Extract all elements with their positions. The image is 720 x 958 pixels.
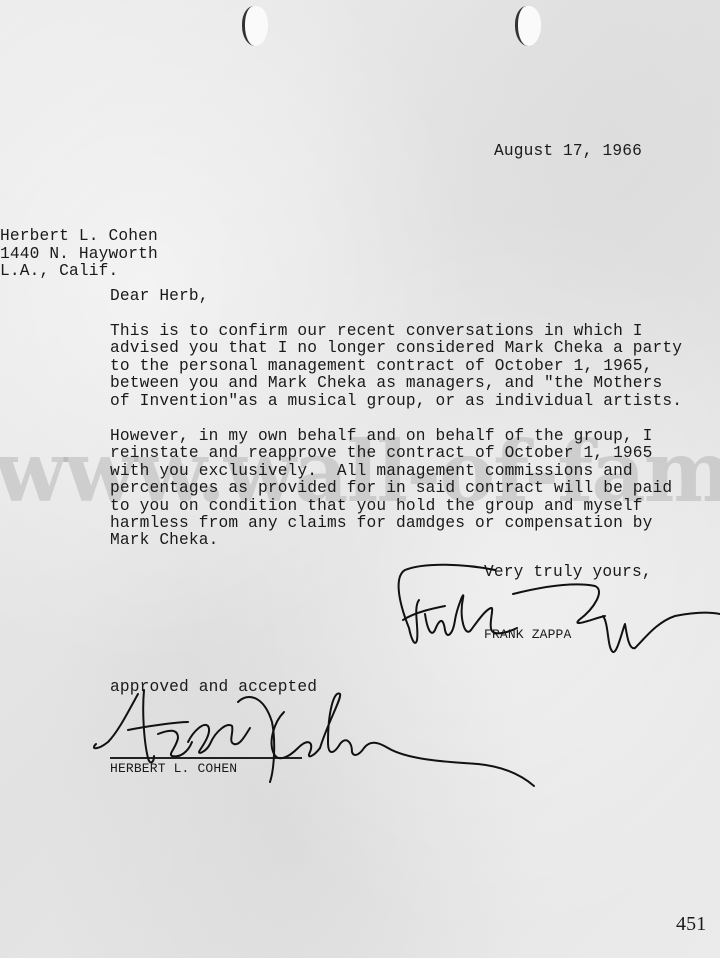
recipient-street: 1440 N. Hayworth [0, 246, 158, 264]
paragraph-line: However, in my own behalf and on behalf … [110, 428, 672, 445]
paragraph-line: This is to confirm our recent conversati… [110, 323, 682, 340]
paragraph-line: Mark Cheka. [110, 532, 672, 549]
punch-hole-right [515, 6, 541, 46]
paragraph-line: percentages as provided for in said cont… [110, 480, 672, 497]
paragraph-line: to you on condition that you hold the gr… [110, 498, 672, 515]
signer-signature [395, 558, 720, 658]
page-number: 451 [676, 913, 706, 936]
recipient-city: L.A., Calif. [0, 263, 158, 281]
paragraph-line: advised you that I no longer considered … [110, 340, 682, 357]
paragraph-line: with you exclusively. All management com… [110, 463, 672, 480]
recipient-address: Herbert L. Cohen1440 N. HayworthL.A., Ca… [0, 228, 158, 281]
approver-signature [88, 682, 538, 792]
letter-date: August 17, 1966 [494, 140, 642, 163]
paragraph-line: to the personal management contract of O… [110, 358, 682, 375]
paragraph-line: harmless from any claims for damdges or … [110, 515, 672, 532]
paragraph-1: This is to confirm our recent conversati… [110, 323, 682, 410]
paragraph-2: However, in my own behalf and on behalf … [110, 428, 672, 550]
paragraph-line: of Invention"as a musical group, or as i… [110, 393, 682, 410]
salutation: Dear Herb, [110, 285, 209, 308]
paragraph-line: between you and Mark Cheka as managers, … [110, 375, 682, 392]
paragraph-line: reinstate and reapprove the contract of … [110, 445, 672, 462]
recipient-name: Herbert L. Cohen [0, 228, 158, 246]
punch-hole-left [242, 6, 268, 46]
